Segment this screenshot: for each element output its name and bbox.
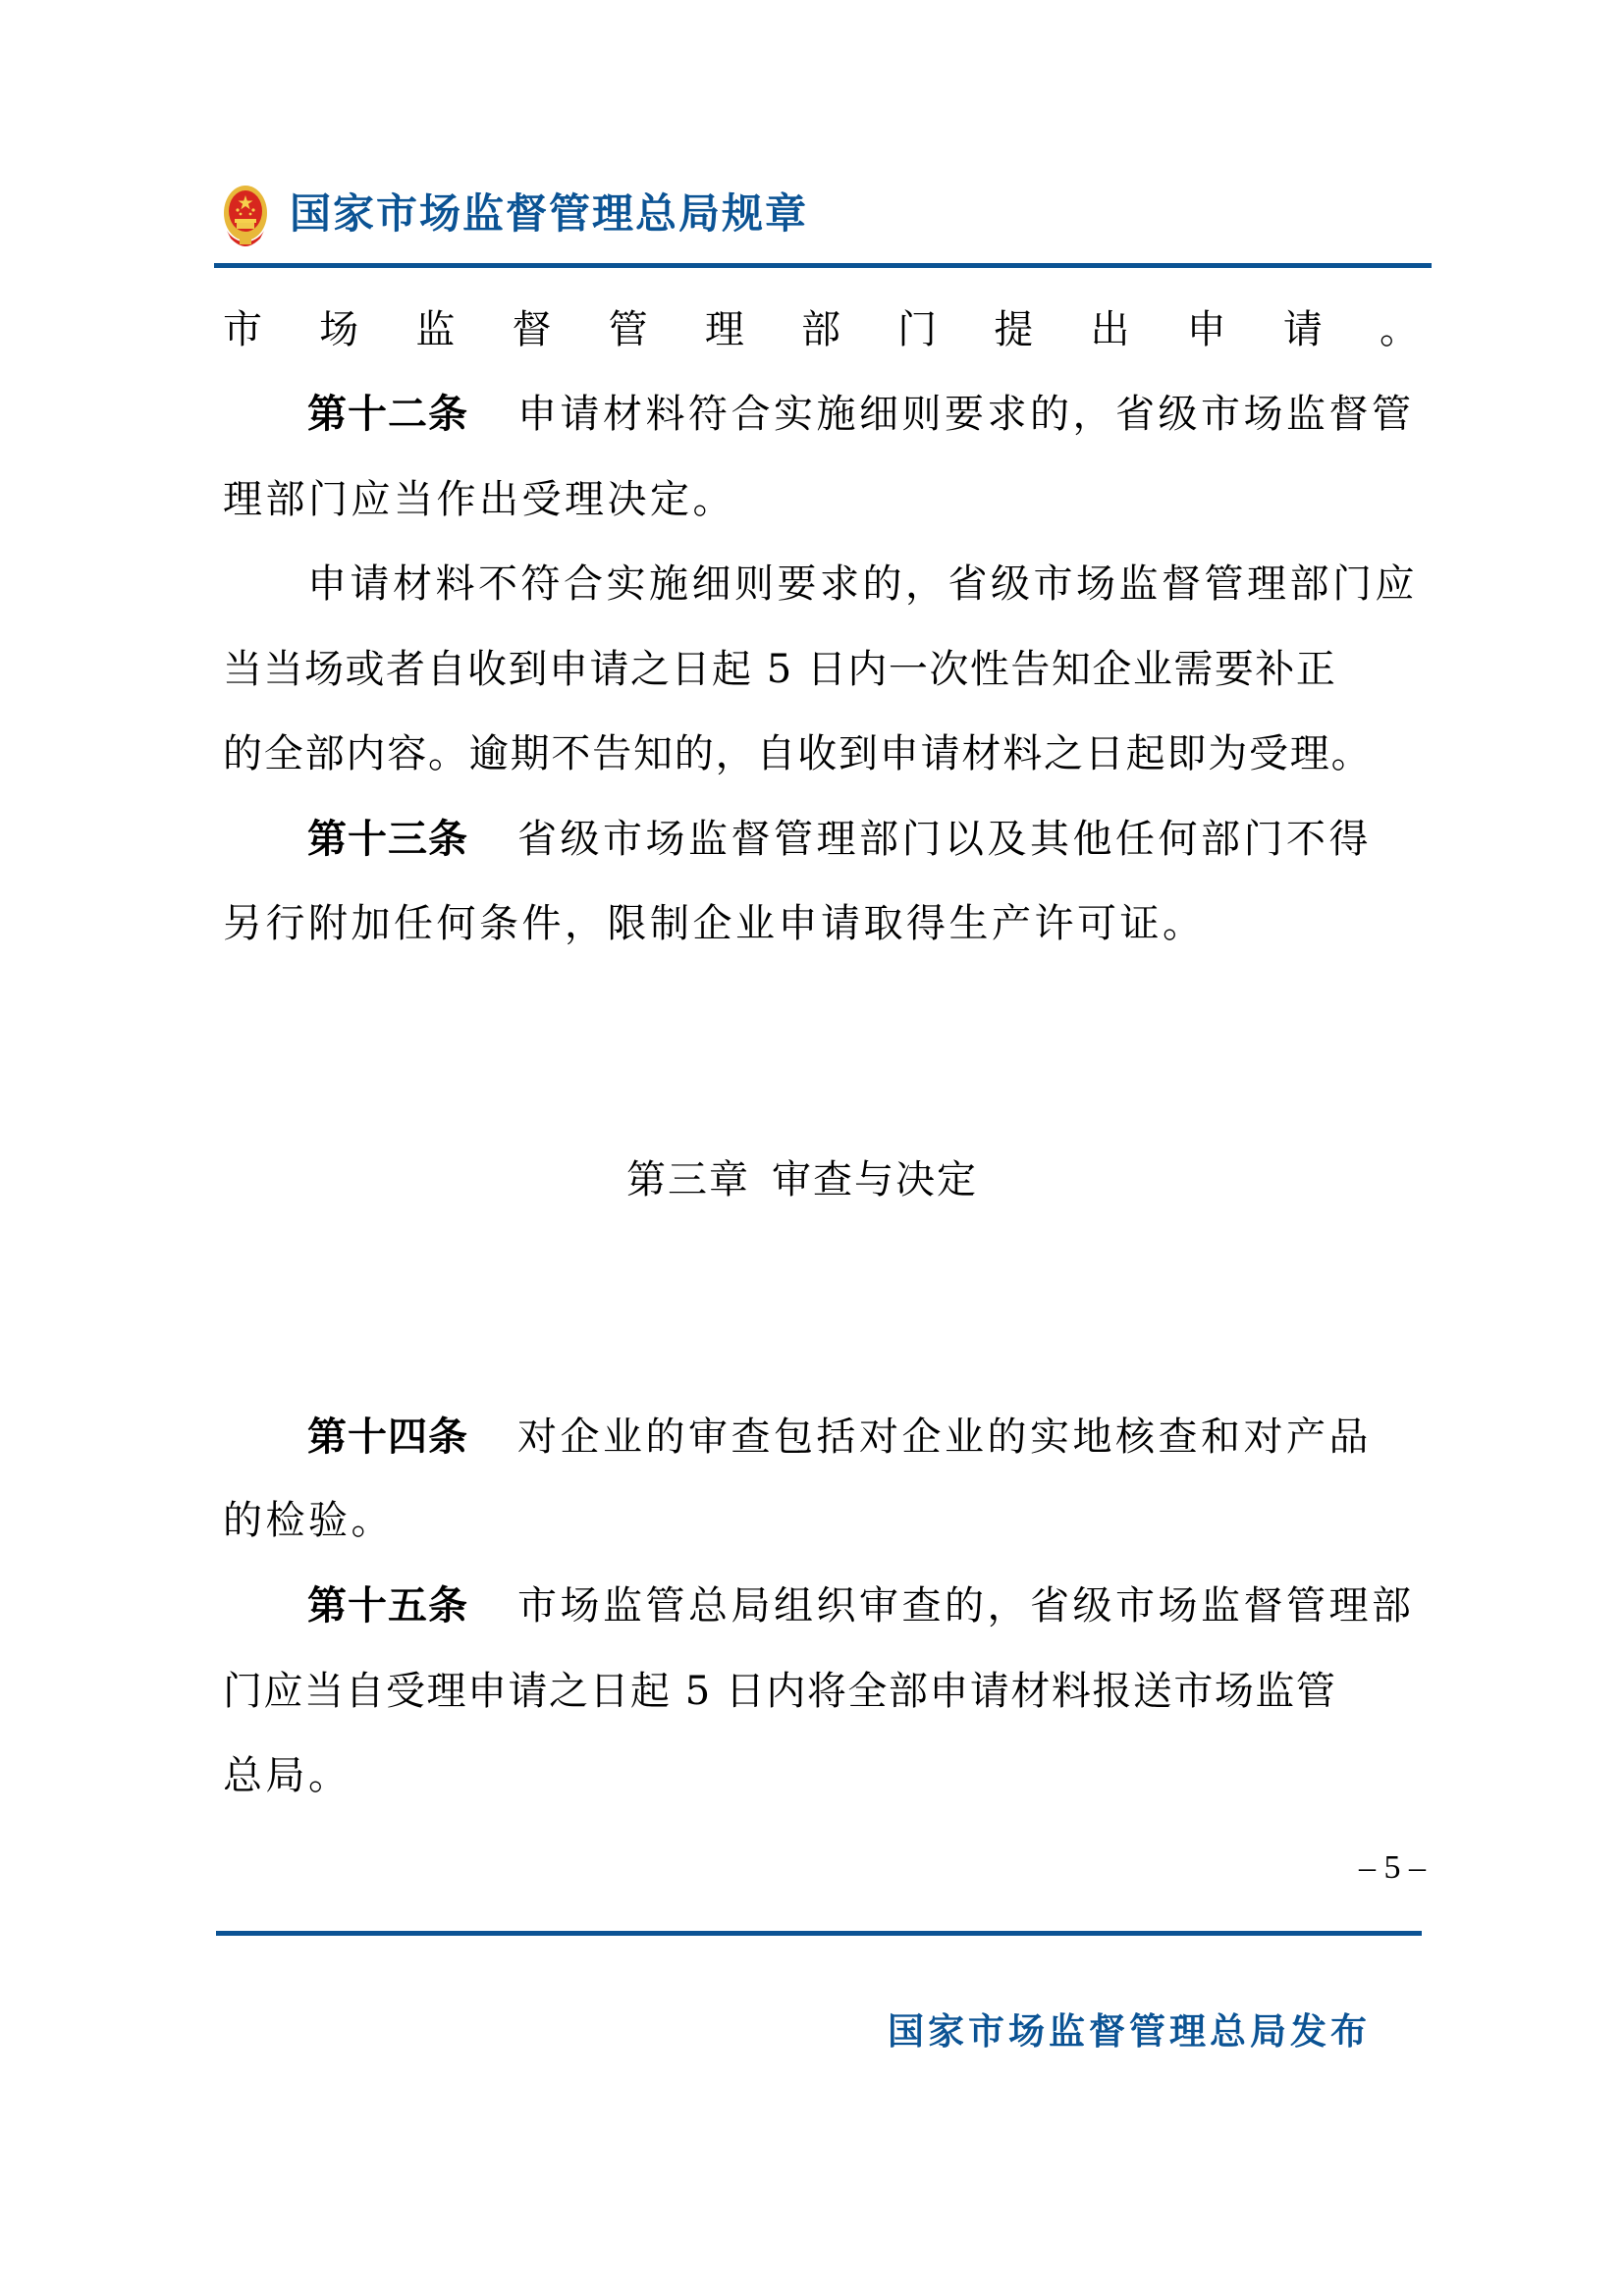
line-text: 市场监管总局组织审查的，省级市场监督管理部 [517, 1583, 1415, 1629]
chapter-number: 第三章 [626, 1157, 750, 1202]
line-text: 市场监督管理部门提出申请。 [223, 307, 1419, 352]
text-line: 理部门应当作出受理决定。 [223, 470, 1419, 529]
page-header: 国家市场监督管理总局规章 [214, 177, 1432, 270]
text-line: 另行附加任何条件，限制企业申请取得生产许可证。 [223, 894, 1419, 953]
text-line: 总局。 [223, 1746, 1419, 1805]
text-line: 的全部内容。逾期不告知的，自收到申请材料之日起即为受理。 [223, 724, 1419, 783]
text-line: 市场监督管理部门提出申请。 [223, 300, 1419, 359]
article-15: 第十五条市场监管总局组织审查的，省级市场监督管理部 [223, 1576, 1419, 1635]
article-12: 第十二条申请材料符合实施细则要求的，省级市场监督管 [223, 385, 1419, 444]
footer-publisher: 国家市场监督管理总局发布 [888, 2002, 1371, 2061]
text-line: 申请材料不符合实施细则要求的，省级市场监督管理部门应 [223, 555, 1419, 614]
line-text: 理部门应当作出受理决定。 [223, 477, 735, 522]
article-label: 第十四条 [307, 1415, 468, 1460]
text-line: 门应当自受理申请之日起 5 日内将全部申请材料报送市场监管 [223, 1662, 1419, 1721]
page-number: – 5 – [1335, 1845, 1426, 1891]
article-label: 第十三条 [307, 817, 468, 862]
header-divider [214, 263, 1432, 268]
line-text: 当当场或者自收到申请之日起 5 日内一次性告知企业需要补正 [223, 647, 1336, 692]
chapter-title: 审查与决定 [772, 1157, 978, 1202]
line-text: 申请材料不符合实施细则要求的，省级市场监督管理部门应 [307, 561, 1418, 607]
line-text: 申请材料符合实施细则要求的，省级市场监督管 [517, 392, 1415, 437]
national-emblem-icon [223, 184, 268, 247]
footer-divider [216, 1931, 1422, 1936]
line-text: 省级市场监督管理部门以及其他任何部门不得 [517, 817, 1372, 862]
document-page: 国家市场监督管理总局规章 市场监督管理部门提出申请。 第十二条申请材料符合实施细… [0, 0, 1624, 2296]
line-text: 另行附加任何条件，限制企业申请取得生产许可证。 [223, 901, 1206, 946]
article-label: 第十二条 [307, 392, 468, 437]
header-title: 国家市场监督管理总局规章 [290, 187, 808, 241]
line-text: 总局。 [223, 1753, 352, 1798]
article-13: 第十三条省级市场监督管理部门以及其他任何部门不得 [223, 810, 1419, 869]
line-text: 对企业的审查包括对企业的实地核查和对产品 [517, 1415, 1372, 1460]
chapter-heading: 第三章审查与决定 [0, 1150, 1624, 1209]
text-line: 当当场或者自收到申请之日起 5 日内一次性告知企业需要补正 [223, 640, 1419, 699]
line-text: 的全部内容。逾期不告知的，自收到申请材料之日起即为受理。 [223, 731, 1372, 776]
line-text: 的检验。 [223, 1498, 394, 1543]
article-14: 第十四条对企业的审查包括对企业的实地核查和对产品 [223, 1408, 1419, 1467]
text-line: 的检验。 [223, 1491, 1419, 1550]
article-label: 第十五条 [307, 1583, 468, 1629]
line-text: 门应当自受理申请之日起 5 日内将全部申请材料报送市场监管 [223, 1669, 1336, 1714]
